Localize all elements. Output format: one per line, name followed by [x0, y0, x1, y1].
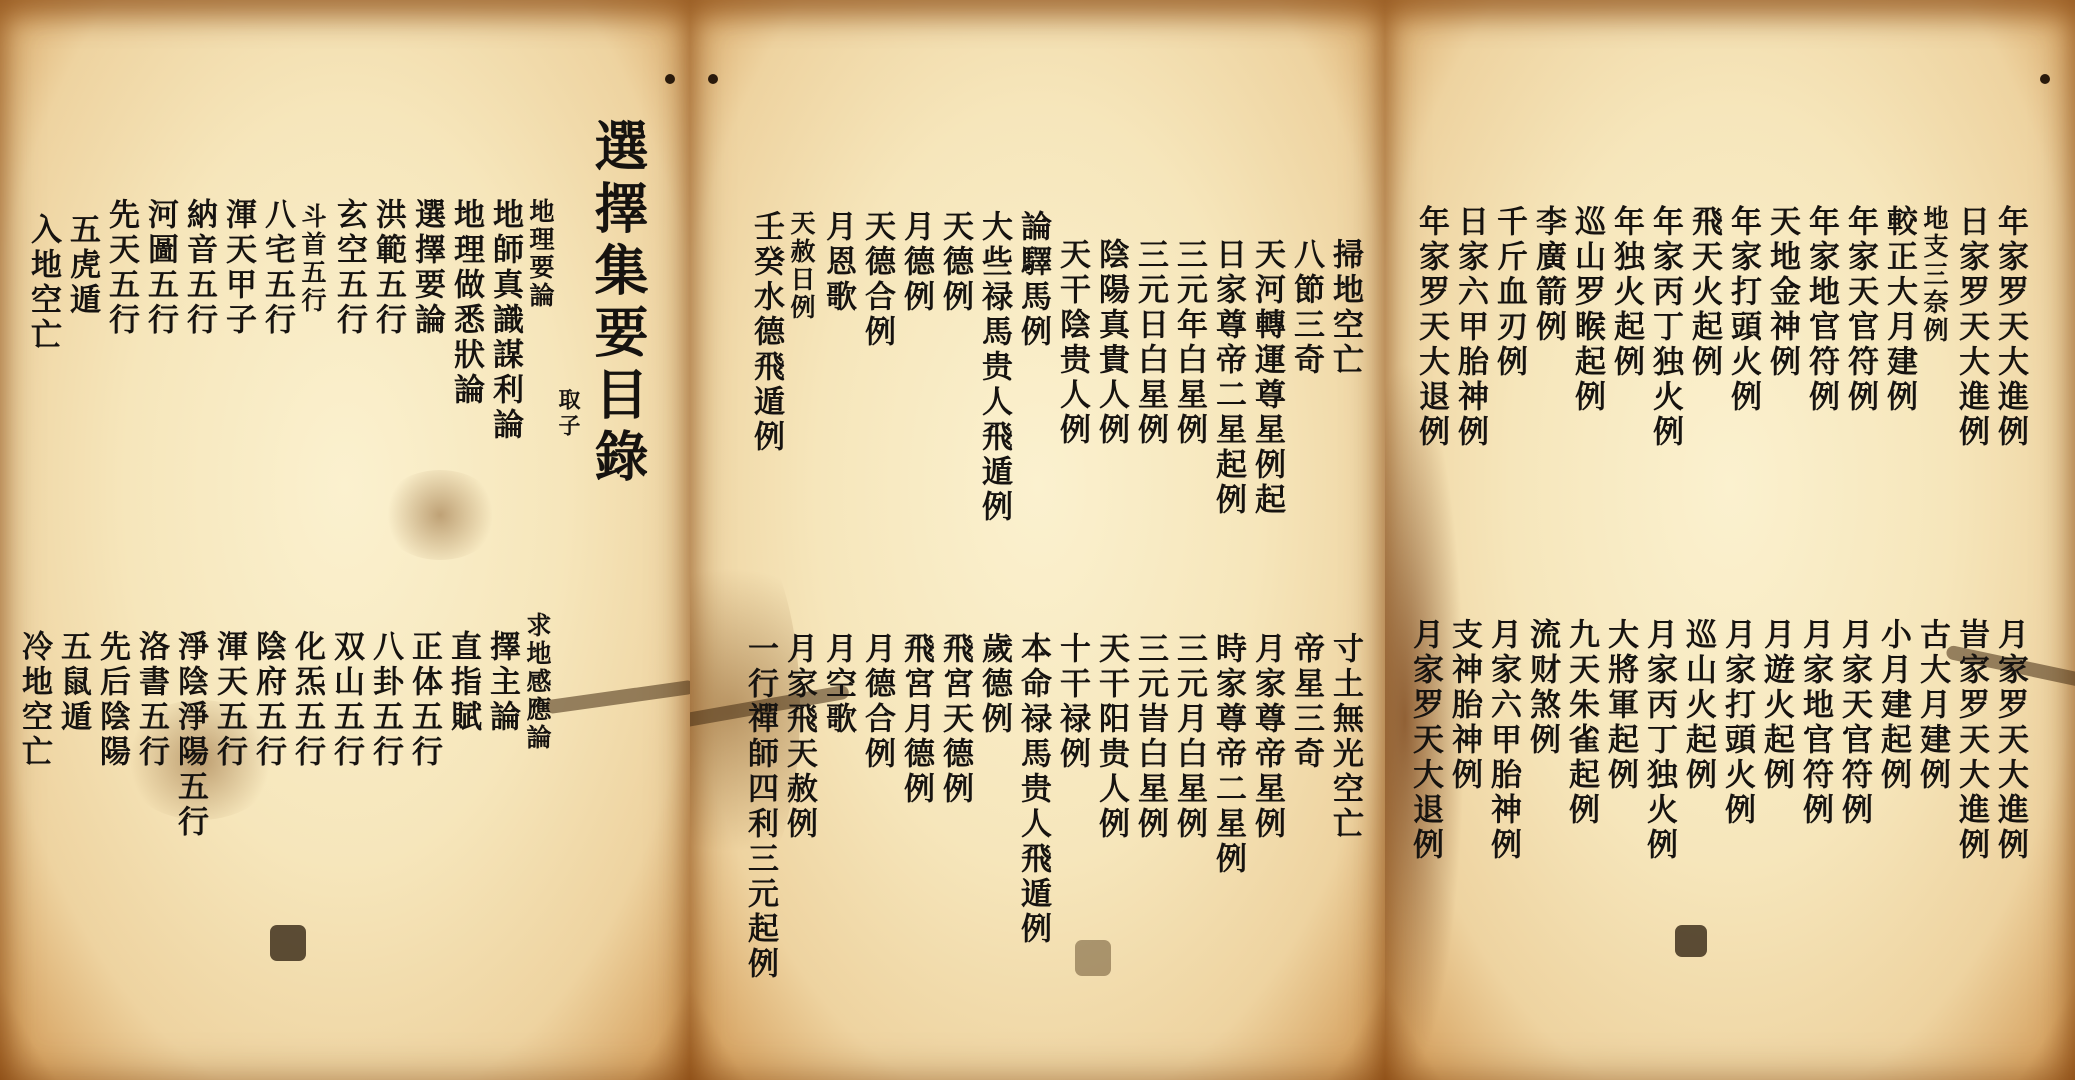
toc-entry: 双山五行: [330, 630, 361, 770]
toc-entry: 天干陰贵人例: [1056, 238, 1087, 448]
toc-entry: 年家地官符例: [1805, 205, 1836, 415]
toc-entry: 月家罗天大進例: [1994, 618, 2025, 863]
toc-entry: 天德例: [939, 210, 970, 315]
toc-entry: 飛宮月德例: [900, 632, 931, 807]
toc-entry: 較正大月建例: [1883, 205, 1914, 415]
toc-entry: 月家地官符例: [1799, 618, 1830, 828]
document-title: 選擇集要目錄: [591, 118, 645, 490]
toc-entry: 月空歌: [822, 632, 853, 737]
damage-mark: [1675, 925, 1707, 957]
toc-entry: 壬癸水德飛遁例: [750, 210, 781, 455]
toc-entry: 地理要論: [528, 198, 553, 310]
toc-entry: 十干禄例: [1056, 632, 1087, 772]
toc-bottom-block: 月家罗天大進例 旹家罗天大進例 古大月建例 小月建起例 月家天官符例 月家地官符…: [1401, 618, 2025, 863]
toc-entry: 斗首五行: [300, 203, 325, 315]
toc-entry: 支神胎神例: [1448, 618, 1479, 793]
toc-entry: 飛宮天德例: [939, 632, 970, 807]
damage-mark: [270, 925, 306, 961]
toc-entry: 八宅五行: [261, 198, 292, 338]
toc-entry: 化炁五行: [291, 630, 322, 770]
toc-top-block: 選擇集要目錄 取子 地理要論 地師真識謀利論 地理做悉狀論 選擇要論 洪範五行 …: [19, 118, 645, 490]
toc-bottom-block: 求地感應論 擇主論 直指賦 正体五行 八卦五行 双山五行 化炁五行 陰府五行 渾…: [10, 612, 550, 840]
toc-entry: 月家天官符例: [1838, 618, 1869, 828]
toc-entry: 天赦日例: [789, 210, 814, 322]
toc-entry: 天河轉運尊星例起: [1251, 238, 1282, 518]
toc-entry: 月家打頭火例: [1721, 618, 1752, 828]
toc-entry: 掃地空亡: [1329, 238, 1360, 378]
binding-hole: [665, 74, 675, 84]
damage-mark: [545, 680, 690, 715]
toc-entry: 渾天五行: [213, 630, 244, 770]
toc-entry: 月家尊帝星例: [1251, 632, 1282, 842]
toc-entry: 玄空五行: [333, 198, 364, 338]
toc-entry: 歲德例: [978, 632, 1009, 737]
toc-entry: 先后陰陽: [96, 630, 127, 770]
toc-top-block: 掃地空亡 八節三奇 天河轉運尊星例起 日家尊帝二星起例 三元年白星例 三元日白星…: [742, 238, 1360, 525]
toc-entry: 古大月建例: [1916, 618, 1947, 793]
toc-entry: 日家罗天大進例: [1955, 205, 1986, 450]
toc-entry: 先天五行: [105, 198, 136, 338]
toc-entry: 月家六甲胎神例: [1487, 618, 1518, 863]
toc-entry: 年家罗天大退例: [1415, 205, 1446, 450]
toc-entry: 時家尊帝二星例: [1212, 632, 1243, 877]
binding-hole: [708, 74, 718, 84]
toc-entry: 大將軍起例: [1604, 618, 1635, 793]
toc-entry: 流财煞例: [1526, 618, 1557, 758]
toc-entry: 本命禄馬贵人飛遁例: [1017, 632, 1048, 947]
binding-hole: [2040, 74, 2050, 84]
toc-entry: 九天朱雀起例: [1565, 618, 1596, 828]
toc-entry: 月恩歌: [822, 210, 853, 315]
toc-entry: 巡山罗睺起例: [1571, 205, 1602, 415]
toc-entry: 陰陽真貴人例: [1095, 238, 1126, 448]
toc-entry: 飛天火起例: [1688, 205, 1719, 380]
toc-entry: 小月建起例: [1877, 618, 1908, 793]
toc-entry: 年家丙丁独火例: [1649, 205, 1680, 450]
toc-entry: 日家六甲胎神例: [1454, 205, 1485, 450]
toc-entry: 天干阳贵人例: [1095, 632, 1126, 842]
toc-entry: 納音五行: [183, 198, 214, 338]
toc-entry: 洛書五行: [135, 630, 166, 770]
toc-entry: 一行禪師四利三元起例: [744, 632, 775, 982]
page-left: 選擇集要目錄 取子 地理要論 地師真識謀利論 地理做悉狀論 選擇要論 洪範五行 …: [0, 0, 690, 1080]
toc-entry: 入地空亡: [27, 213, 58, 353]
toc-entry: 巡山火起例: [1682, 618, 1713, 793]
toc-entry: 天德合例: [861, 210, 892, 350]
toc-entry: 天地金神例: [1766, 205, 1797, 380]
toc-entry: 洪範五行: [372, 198, 403, 338]
toc-entry: 地理做悉狀論: [450, 198, 481, 408]
toc-entry: 三元旹白星例: [1134, 632, 1165, 842]
toc-entry: 地師真識謀利論: [489, 198, 520, 443]
toc-entry: 擇主論: [486, 630, 517, 735]
toc-top-block: 年家罗天大進例 日家罗天大進例 地支三奈例 較正大月建例 年家天官符例 年家地官…: [1407, 205, 2025, 450]
toc-entry: 日家尊帝二星起例: [1212, 238, 1243, 518]
toc-entry: 八節三奇: [1290, 238, 1321, 378]
toc-entry: 寸土無光空亡: [1329, 632, 1360, 842]
title-annotation: 取子: [557, 388, 579, 440]
toc-bottom-block: 寸土無光空亡 帝星三奇 月家尊帝星例 時家尊帝二星例 三元月白星例 三元旹白星例…: [736, 632, 1360, 982]
manuscript-spread: 選擇集要目錄 取子 地理要論 地師真識謀利論 地理做悉狀論 選擇要論 洪範五行 …: [0, 0, 2075, 1080]
toc-entry: 年独火起例: [1610, 205, 1641, 380]
page-right: 年家罗天大進例 日家罗天大進例 地支三奈例 較正大月建例 年家天官符例 年家地官…: [1385, 0, 2075, 1080]
toc-entry: 河圖五行: [144, 198, 175, 338]
toc-entry: 千斤血刃例: [1493, 205, 1524, 380]
toc-entry: 旹家罗天大進例: [1955, 618, 1986, 863]
toc-entry: 帝星三奇: [1290, 632, 1321, 772]
toc-entry: 地支三奈例: [1922, 205, 1947, 345]
toc-entry: 月家丙丁独火例: [1643, 618, 1674, 863]
toc-entry: 大些禄馬贵人飛遁例: [978, 210, 1009, 525]
toc-entry: 年家打頭火例: [1727, 205, 1758, 415]
toc-entry: 五鼠遁: [57, 630, 88, 735]
toc-entry: 月遊火起例: [1760, 618, 1791, 793]
toc-entry: 年家天官符例: [1844, 205, 1875, 415]
toc-entry: 陰府五行: [252, 630, 283, 770]
toc-entry: 選擇要論: [411, 198, 442, 338]
toc-entry: 淨陰淨陽五行: [174, 630, 205, 840]
toc-entry: 李廣箭例: [1532, 205, 1563, 345]
toc-entry: 渾天甲子: [222, 198, 253, 338]
toc-entry: 求地感應論: [525, 612, 550, 752]
toc-entry: 三元年白星例: [1173, 238, 1204, 448]
toc-entry: 八卦五行: [369, 630, 400, 770]
page-middle: 掃地空亡 八節三奇 天河轉運尊星例起 日家尊帝二星起例 三元年白星例 三元日白星…: [690, 0, 1385, 1080]
toc-entry: 直指賦: [447, 630, 478, 735]
toc-entry: 正体五行: [408, 630, 439, 770]
toc-entry: 月德例: [900, 210, 931, 315]
toc-entry: 月家罗天大退例: [1409, 618, 1440, 863]
toc-entry: 論驛馬例: [1017, 210, 1048, 350]
toc-entry: 年家罗天大進例: [1994, 205, 2025, 450]
toc-entry: 三元日白星例: [1134, 238, 1165, 448]
toc-entry: 月德合例: [861, 632, 892, 772]
toc-entry: 月家飛天赦例: [783, 632, 814, 842]
toc-entry: 三元月白星例: [1173, 632, 1204, 842]
toc-entry: 冷地空亡: [18, 630, 49, 770]
toc-entry: 五虎遁: [66, 213, 97, 318]
